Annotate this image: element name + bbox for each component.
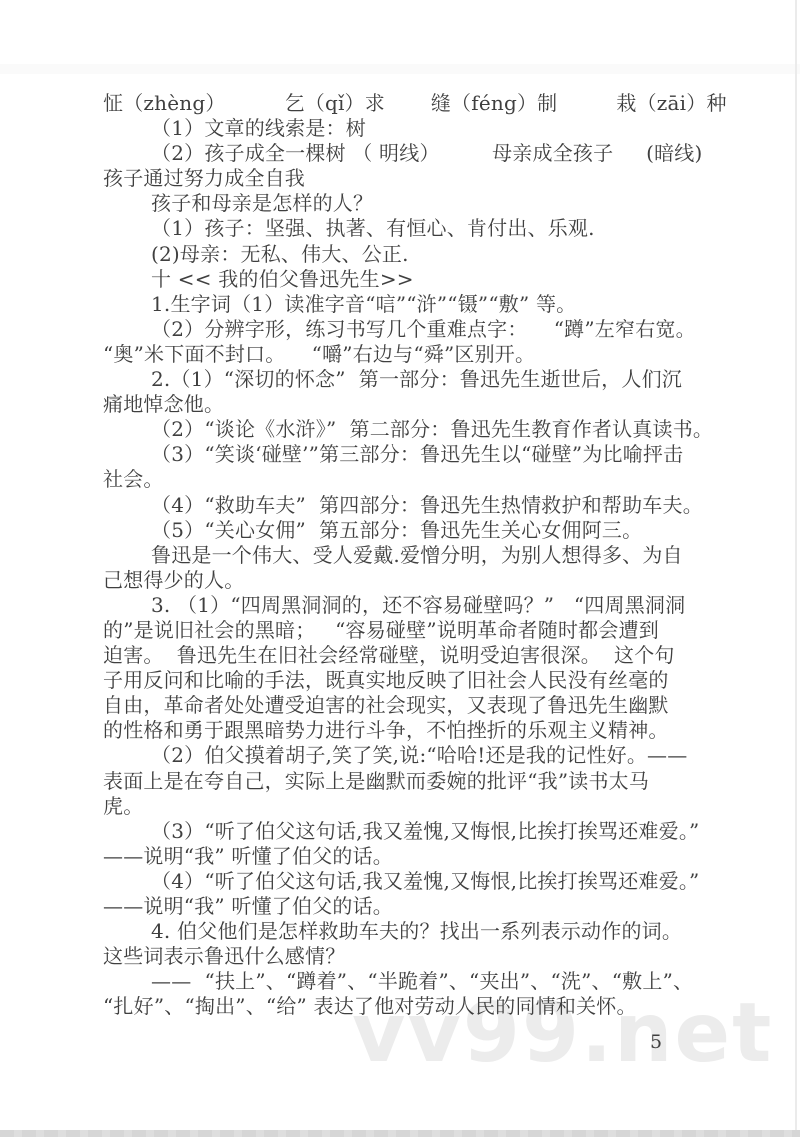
text-line: —— “扶上”、“蹲着”、“半跪着”、“夹出”、“洗”、“敷上”、 <box>103 969 727 994</box>
text-line: （4）“救助车夫” 第四部分：鲁迅先生热情救护和帮助车夫。 <box>103 493 727 518</box>
page-number: 5 <box>650 1031 662 1053</box>
text-line: 1.生字词（1）读准字音“唁”“浒”“镊”“敷” 等。 <box>103 292 727 317</box>
text-line: （1）孩子：坚强、执著、有恒心、肯付出、乐观. <box>103 216 727 241</box>
text-line: “扎好”、“掏出”、“给” 表达了他对劳动人民的同情和关怀。 <box>103 994 727 1019</box>
scan-artifact-band <box>0 64 800 74</box>
text-line: 的”是说旧社会的黑暗； “容易碰壁”说明革命者随时都会遭到 <box>103 618 727 643</box>
text-line: 3. （1）“四周黑洞洞的，还不容易碰壁吗？” “四周黑洞洞 <box>103 593 727 618</box>
text-line: 己想得少的人。 <box>103 568 727 593</box>
text-line: 自由，革命者处处遭受迫害的社会现实，又表现了鲁迅先生幽默 <box>103 693 727 718</box>
text-line: 十 << 我的伯父鲁迅先生>> <box>103 267 727 292</box>
text-line: 鲁迅是一个伟大、受人爱戴.爱憎分明，为别人想得多、为自 <box>103 543 727 568</box>
text-line: 2.（1）“深切的怀念” 第一部分：鲁迅先生逝世后，人们沉 <box>103 367 727 392</box>
text-line: 4. 伯父他们是怎样救助车夫的？找出一系列表示动作的词。 <box>103 919 727 944</box>
text-line: （3）“听了伯父这句话,我又羞愧,又悔恨,比挨打挨骂还难爱。” <box>103 819 727 844</box>
text-line: （2）孩子成全一棵树 （ 明线） 母亲成全孩子 (暗线) <box>103 141 727 166</box>
text-line: 迫害。 鲁迅先生在旧社会经常碰壁，说明受迫害很深。 这个句 <box>103 643 727 668</box>
text-line: 虎。 <box>103 794 727 819</box>
text-line: （2）分辨字形，练习书写几个重难点字： “蹲”左窄右宽。 <box>103 317 727 342</box>
text-line: 子用反问和比喻的手法，既真实地反映了旧社会人民没有丝毫的 <box>103 668 727 693</box>
text-line: 怔（zhèng） 乞（qǐ）求 缝（féng）制 栽（zāi）种 <box>103 91 727 116</box>
text-line: (2)母亲：无私、伟大、公正. <box>103 242 727 267</box>
scan-edge-right <box>795 0 797 1137</box>
scanned-document-page: vv99.net 怔（zhèng） 乞（qǐ）求 缝（féng）制 栽（zāi）… <box>0 0 800 1137</box>
text-line: 的性格和勇于跟黑暗势力进行斗争，不怕挫折的乐观主义精神。 <box>103 718 727 743</box>
scan-edge-bottom <box>0 1130 800 1137</box>
text-line: 痛地悼念他。 <box>103 392 727 417</box>
text-line: （3）“笑谈‘碰壁’”第三部分：鲁迅先生以“碰壁”为比喻抨击 <box>103 442 727 467</box>
text-line: 这些词表示鲁迅什么感情？ <box>103 944 727 969</box>
text-line: （2）伯父摸着胡子,笑了笑,说:“哈哈!还是我的记性好。—— <box>103 743 727 768</box>
text-line: （2）“谈论《水浒》” 第二部分：鲁迅先生教育作者认真读书。 <box>103 417 727 442</box>
text-line: ——说明“我” 听懂了伯父的话。 <box>103 844 727 869</box>
text-line: 孩子通过努力成全自我 <box>103 166 727 191</box>
text-line: “奥”米下面不封口。 “嚼”右边与“舜”区别开。 <box>103 342 727 367</box>
text-line: 孩子和母亲是怎样的人？ <box>103 191 727 216</box>
text-line: （5）“关心女佣” 第五部分：鲁迅先生关心女佣阿三。 <box>103 518 727 543</box>
text-line: 表面上是在夸自己，实际上是幽默而委婉的批评“我”读书太马 <box>103 769 727 794</box>
content-lines: 怔（zhèng） 乞（qǐ）求 缝（féng）制 栽（zāi）种（1）文章的线索… <box>103 91 727 1019</box>
text-line: （4）“听了伯父这句话,我又羞愧,又悔恨,比挨打挨骂还难爱。” <box>103 869 727 894</box>
text-line: 社会。 <box>103 467 727 492</box>
text-line: （1）文章的线索是：树 <box>103 116 727 141</box>
text-line: ——说明“我” 听懂了伯父的话。 <box>103 894 727 919</box>
